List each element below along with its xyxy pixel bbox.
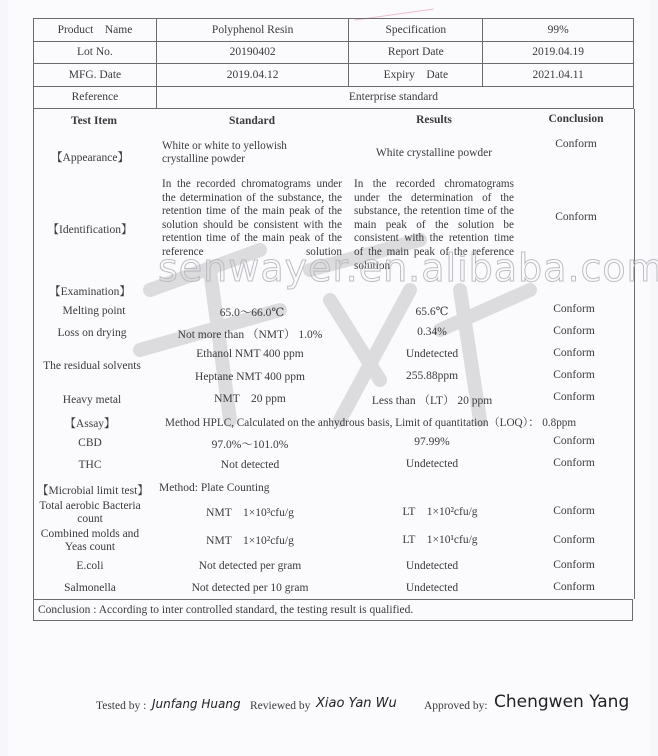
residual-solvents-result-heptane: 255.88ppm xyxy=(406,370,458,382)
appearance-standard: White or white to yellowish crystalline … xyxy=(162,140,312,166)
heavy-metal-result: Less than （LT） 20 ppm xyxy=(372,392,492,408)
reviewed-by-signature: Xiao Yan Wu xyxy=(316,696,397,711)
total-aerobic-standard: NMT 1×10³cfu/g xyxy=(206,507,294,519)
ecoli-result: Undetected xyxy=(406,560,458,572)
lot-no-label: Lot No. xyxy=(34,41,157,64)
ecoli-standard: Not detected per gram xyxy=(199,560,302,572)
tested-by-signature: Junfang Huang xyxy=(152,697,241,711)
thc-item: THC xyxy=(79,459,102,471)
loss-on-drying-conclusion: Conform xyxy=(553,325,595,337)
microbial-heading: 【Microbial limit test】 xyxy=(37,482,149,498)
melting-point-standard: 65.0～66.0℃ xyxy=(220,304,285,320)
header-row-reference: Reference Enterprise standard xyxy=(34,86,634,109)
identification-conclusion: Conform xyxy=(555,211,597,223)
header-row-product: Product Name Polyphenol Resin Specificat… xyxy=(34,19,634,42)
molds-yeast-result: LT 1×10¹cfu/g xyxy=(402,534,477,546)
melting-point-item: Melting point xyxy=(63,305,126,317)
residual-solvents-item: The residual solvents xyxy=(43,360,141,372)
identification-item: 【Identification】 xyxy=(48,221,133,237)
approved-by-signature: Chengwen Yang xyxy=(494,692,629,712)
ecoli-item: E.coli xyxy=(76,560,103,572)
heavy-metal-item: Heavy metal xyxy=(63,394,121,406)
thc-conclusion: Conform xyxy=(553,457,595,469)
assay-heading: 【Assay】 xyxy=(64,415,115,431)
thc-result: Undetected xyxy=(406,458,458,470)
heavy-metal-standard: NMT 20 ppm xyxy=(214,393,286,405)
residual-solvents-conclusion-heptane: Conform xyxy=(553,369,595,381)
total-aerobic-result: LT 1×10²cfu/g xyxy=(402,506,477,518)
assay-method: Method HPLC, Calculated on the anhydrous… xyxy=(165,414,576,430)
microbial-method: Method: Plate Counting xyxy=(159,482,270,494)
reference-text: Enterprise standard xyxy=(349,91,438,103)
column-results: Results xyxy=(416,114,452,126)
expiry-date-label: Expiry Date xyxy=(349,64,483,87)
salmonella-item: Salmonella xyxy=(64,582,116,594)
cbd-result: 97.99% xyxy=(414,436,449,448)
residual-solvents-standard-heptane: Heptane NMT 400 ppm xyxy=(195,371,305,383)
report-date-label: Report Date xyxy=(349,41,483,64)
salmonella-standard: Not detected per 10 gram xyxy=(192,582,309,594)
approved-by-label: Approved by: xyxy=(424,700,488,712)
report-date-value: 2019.04.19 xyxy=(483,41,634,64)
conclusion-statement: Conclusion : According to inter controll… xyxy=(33,599,633,621)
appearance-item: 【Appearance】 xyxy=(51,149,129,165)
salmonella-conclusion: Conform xyxy=(553,581,595,593)
salmonella-result: Undetected xyxy=(406,582,458,594)
reference-label: Reference xyxy=(34,86,157,109)
header-table: Product Name Polyphenol Resin Specificat… xyxy=(33,18,634,109)
specification-value: 99% xyxy=(483,19,634,42)
residual-solvents-result-ethanol: Undetected xyxy=(406,348,458,360)
molds-yeast-standard: NMT 1×10²cfu/g xyxy=(206,535,294,547)
column-standard: Standard xyxy=(229,115,275,127)
ecoli-conclusion: Conform xyxy=(553,559,595,571)
loss-on-drying-standard: Not more than （NMT） 1.0% xyxy=(178,326,323,342)
residual-solvents-standard-ethanol: Ethanol NMT 400 ppm xyxy=(196,348,303,360)
product-name-label: Product Name xyxy=(34,19,157,42)
mfg-date-label: MFG. Date xyxy=(34,64,157,87)
product-name: Polyphenol Resin xyxy=(156,19,349,42)
watermark-text: senwayer.en.alibaba.com xyxy=(158,246,658,290)
cbd-conclusion: Conform xyxy=(553,435,595,447)
reviewed-by-label: Reviewed by xyxy=(250,700,310,712)
thc-standard: Not detected xyxy=(221,459,279,471)
mfg-date-value: 2019.04.12 xyxy=(156,64,349,87)
examination-heading: 【Examination】 xyxy=(49,283,131,299)
molds-yeast-conclusion: Conform xyxy=(553,534,595,546)
header-row-mfg: MFG. Date 2019.04.12 Expiry Date 2021.04… xyxy=(34,64,634,87)
cbd-standard: 97.0%～101.0% xyxy=(212,436,289,452)
column-conclusion: Conclusion xyxy=(549,113,604,125)
column-test-item: Test Item xyxy=(71,115,117,127)
loss-on-drying-item: Loss on drying xyxy=(58,327,127,339)
melting-point-result: 65.6℃ xyxy=(416,304,449,318)
lot-no-value: 20190402 xyxy=(156,41,349,64)
total-aerobic-item: Total aerobic Bacteria count xyxy=(30,500,150,525)
cbd-item: CBD xyxy=(78,437,102,449)
specification-label: Specification xyxy=(349,19,483,42)
appearance-result: White crystalline powder xyxy=(376,147,492,159)
reference-value: Enterprise standard xyxy=(156,86,633,109)
total-aerobic-conclusion: Conform xyxy=(553,505,595,517)
tested-by-label: Tested by : xyxy=(96,700,146,712)
expiry-date-value: 2021.04.11 xyxy=(483,64,634,87)
residual-solvents-conclusion-ethanol: Conform xyxy=(553,347,595,359)
header-row-lot: Lot No. 20190402 Report Date 2019.04.19 xyxy=(34,41,634,64)
appearance-conclusion: Conform xyxy=(555,138,597,150)
heavy-metal-conclusion: Conform xyxy=(553,391,595,403)
melting-point-conclusion: Conform xyxy=(553,303,595,315)
molds-yeast-item: Combined molds and Yeas count xyxy=(30,528,150,553)
loss-on-drying-result: 0.34% xyxy=(417,326,447,338)
